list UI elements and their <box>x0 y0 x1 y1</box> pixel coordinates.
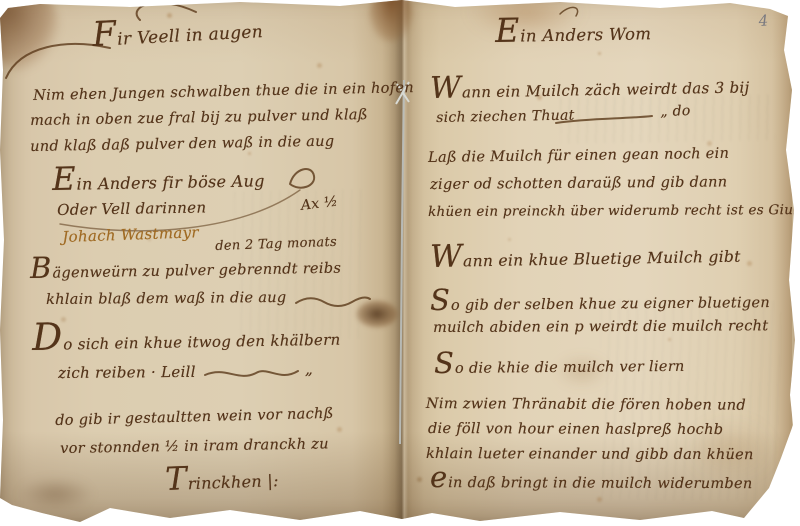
foxing-spots <box>0 0 3 3</box>
recipe-line: do gib ir gestaultten wein vor nachß <box>55 406 334 429</box>
recipe-line: Nim ehen Jungen schwalben thue die in ei… <box>33 80 414 104</box>
recipe2-heading: Ein Anders fir böse Aug <box>52 168 265 194</box>
right-heading: Ein Anders Wom <box>495 21 651 46</box>
interlinear-insertion: Johach Wastmayr <box>62 223 199 246</box>
recipe-line: zich reiben · Leill <box>58 363 196 382</box>
heading-top-curl <box>137 3 196 20</box>
recipe-line: Do sich ein khue itwog den khälbern <box>32 325 341 354</box>
recipe-line: vor stonnden ½ in iram dranckh zu <box>60 436 329 457</box>
recipe-line: Nim zwien Thränabit die fören hoben und <box>426 396 746 414</box>
manuscript-photo: Fir Veell in augen Nim ehen Jungen schwa… <box>0 0 800 526</box>
closing-word: Trinckhen |: <box>165 468 279 494</box>
recipe-line: khüen ein preinckh über widerumb recht i… <box>428 202 800 220</box>
quote-mark: „ <box>305 360 313 378</box>
recipe-line: sich ziechen Thuat <box>436 108 575 126</box>
dash-suffix: „ do <box>660 103 691 120</box>
manuscript-double-page: Fir Veell in augen Nim ehen Jungen schwa… <box>0 0 800 526</box>
right-heading-2: Wann ein khue Bluetige Muilch gibt <box>430 246 741 271</box>
paraph-after-aug <box>290 169 314 188</box>
recipe-line: muilch abiden ein p weirdt die muilch re… <box>433 318 768 336</box>
recipe-line: So die khie die muilch ver liern <box>434 355 685 377</box>
recipe-line: und klaß daß pulver den waß in die aug <box>30 134 334 155</box>
page-number: 4 <box>758 11 769 30</box>
left-heading: Fir Veell in augen <box>92 19 264 51</box>
recipe-line: die föll von hour einen haslpreß hochb <box>428 421 723 438</box>
recipe-line: khlain lueter einander und gibb dan khüe… <box>426 446 754 463</box>
center-fold-crease <box>382 0 424 526</box>
recipe-line: Oder Vell darinnen <box>57 198 206 219</box>
dash-flourish <box>205 371 298 376</box>
bottom-left-smudge <box>18 478 93 510</box>
recipe-line: ein daß bringt in die muilch widerumben <box>430 471 753 492</box>
recipe-line: So gib der selben khue zu eigner bluetig… <box>430 291 770 314</box>
recipe-line: khlain blaß dem waß in die aug <box>46 290 287 308</box>
recipe-line: ziger od schotten daraüß und gib dann <box>430 174 727 193</box>
corner-stain <box>0 0 60 72</box>
recipe-line: Laß die Muilch für einen gean noch ein <box>428 146 729 166</box>
recipe-line: mach in oben zue fral bij zu pulver und … <box>30 107 368 129</box>
